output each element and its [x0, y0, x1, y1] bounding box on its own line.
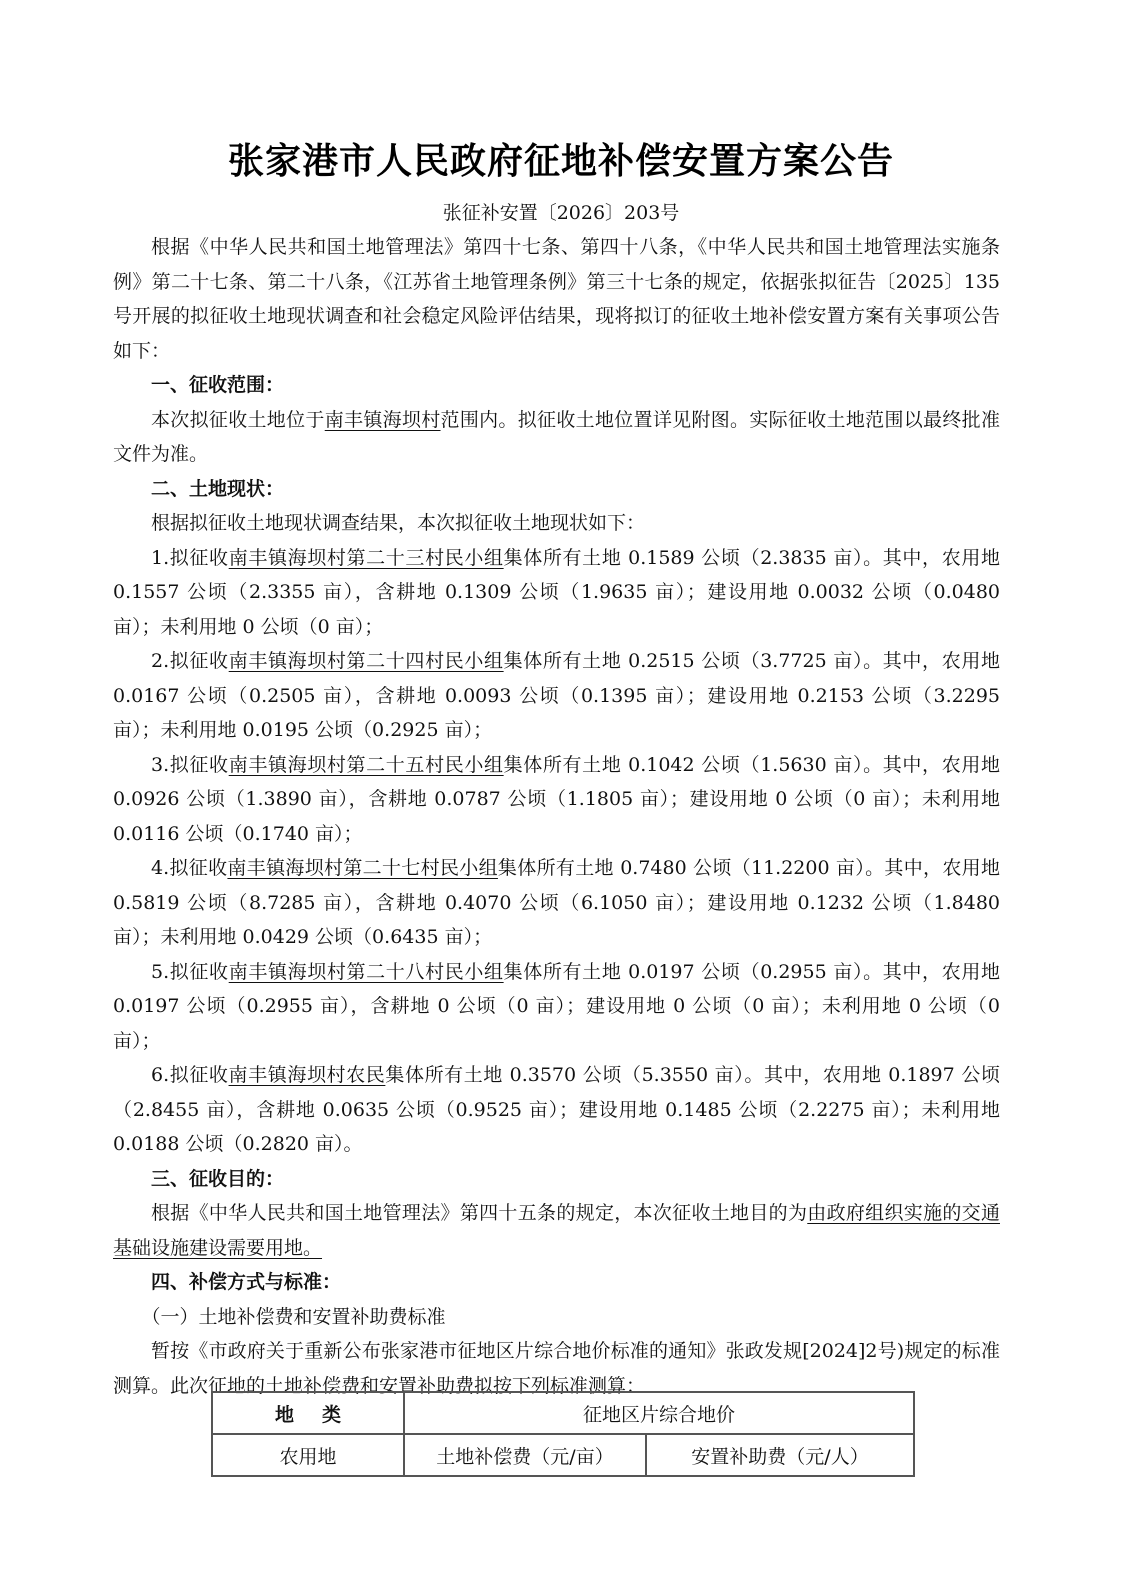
- item-prefix: 2.拟征收: [151, 650, 229, 672]
- section-heading-purpose: 三、征收目的：: [113, 1162, 1000, 1197]
- cell-resettlement-subsidy: 安置补助费（元/人）: [646, 1434, 914, 1476]
- section-heading-compensation: 四、补偿方式与标准：: [113, 1265, 1000, 1300]
- document-body: 根据《中华人民共和国土地管理法》第四十七条、第四十八条，《中华人民共和国土地管理…: [113, 230, 1000, 1403]
- table-row: 农用地 土地补偿费（元/亩） 安置补助费（元/人）: [212, 1434, 914, 1476]
- item-prefix: 3.拟征收: [151, 754, 229, 776]
- section-heading-land-status: 二、土地现状：: [113, 472, 1000, 507]
- item-group: 南丰镇海坝村第二十五村民小组: [229, 754, 504, 776]
- compensation-table: 地类 征地区片综合地价 农用地 土地补偿费（元/亩） 安置补助费（元/人）: [211, 1391, 915, 1477]
- document-page: 张家港市人民政府征地补偿安置方案公告 张征补安置〔2026〕203号 根据《中华…: [0, 0, 1122, 1587]
- item-group: 南丰镇海坝村第二十四村民小组: [229, 650, 504, 672]
- item-group: 南丰镇海坝村第二十八村民小组: [229, 961, 504, 983]
- land-item: 2.拟征收南丰镇海坝村第二十四村民小组集体所有土地 0.2515 公顷（3.77…: [113, 644, 1000, 748]
- table-header-row: 地类 征地区片综合地价: [212, 1392, 914, 1434]
- header-land-price: 征地区片综合地价: [404, 1392, 914, 1434]
- scope-text: 本次拟征收土地位于: [151, 409, 325, 431]
- item-prefix: 1.拟征收: [151, 547, 229, 569]
- purpose-paragraph: 根据《中华人民共和国土地管理法》第四十五条的规定，本次征收土地目的为由政府组织实…: [113, 1196, 1000, 1265]
- item-prefix: 6.拟征收: [151, 1064, 229, 1086]
- document-number: 张征补安置〔2026〕203号: [0, 198, 1122, 225]
- item-group: 南丰镇海坝村农民: [229, 1064, 386, 1086]
- header-land-type: 地类: [212, 1392, 404, 1434]
- land-item: 1.拟征收南丰镇海坝村第二十三村民小组集体所有土地 0.1589 公顷（2.38…: [113, 541, 1000, 645]
- item-prefix: 4.拟征收: [151, 857, 227, 879]
- document-title: 张家港市人民政府征地补偿安置方案公告: [0, 133, 1122, 184]
- header-land-type-label: 地类: [275, 1404, 369, 1426]
- item-group: 南丰镇海坝村第二十三村民小组: [229, 547, 504, 569]
- land-item: 6.拟征收南丰镇海坝村农民集体所有土地 0.3570 公顷（5.3550 亩）。…: [113, 1058, 1000, 1162]
- item-group: 南丰镇海坝村第二十七村民小组: [227, 857, 498, 879]
- item-prefix: 5.拟征收: [151, 961, 229, 983]
- land-item: 3.拟征收南丰镇海坝村第二十五村民小组集体所有土地 0.1042 公顷（1.56…: [113, 748, 1000, 852]
- location-name: 南丰镇海坝村: [325, 409, 441, 431]
- land-item: 4.拟征收南丰镇海坝村第二十七村民小组集体所有土地 0.7480 公顷（11.2…: [113, 851, 1000, 955]
- land-status-intro: 根据拟征收土地现状调查结果，本次拟征收土地现状如下：: [113, 506, 1000, 541]
- land-item: 5.拟征收南丰镇海坝村第二十八村民小组集体所有土地 0.0197 公顷（0.29…: [113, 955, 1000, 1059]
- cell-farmland: 农用地: [212, 1434, 404, 1476]
- compensation-subheading: （一）土地补偿费和安置补助费标准: [113, 1300, 1000, 1335]
- section-heading-scope: 一、征收范围：: [113, 368, 1000, 403]
- cell-land-compensation: 土地补偿费（元/亩）: [404, 1434, 646, 1476]
- purpose-text: 根据《中华人民共和国土地管理法》第四十五条的规定，本次征收土地目的为: [151, 1202, 807, 1224]
- intro-paragraph: 根据《中华人民共和国土地管理法》第四十七条、第四十八条，《中华人民共和国土地管理…: [113, 230, 1000, 368]
- scope-paragraph: 本次拟征收土地位于南丰镇海坝村范围内。拟征收土地位置详见附图。实际征收土地范围以…: [113, 403, 1000, 472]
- header-land-price-label: 征地区片综合地价: [583, 1404, 735, 1426]
